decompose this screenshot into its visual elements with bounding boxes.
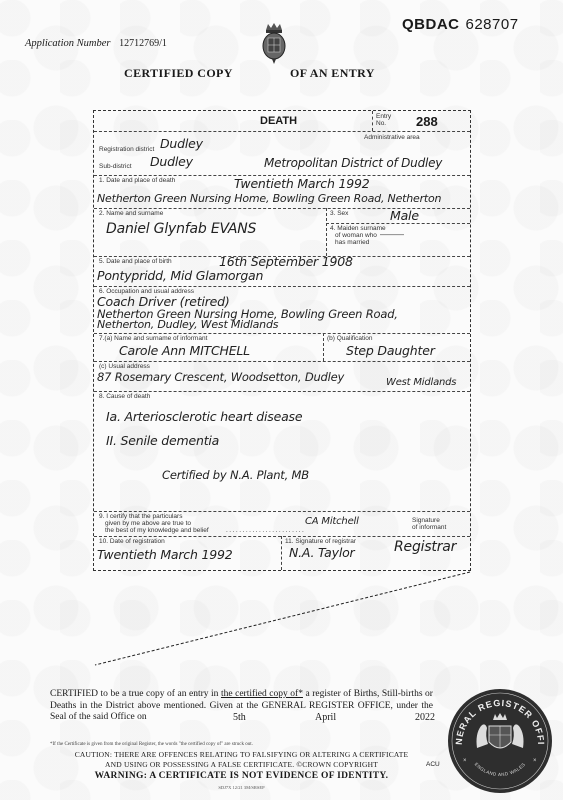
informant-address: 87 Rosemary Crescent, Woodsetton, Dudley xyxy=(97,370,344,384)
divider xyxy=(94,361,470,362)
issue-year: 2022 xyxy=(415,712,435,724)
sex-value: Male xyxy=(390,208,419,223)
issue-month: April xyxy=(315,712,336,724)
application-number-label: Application Number xyxy=(25,38,110,49)
field-9-label-3: the best of my knowledge and belief xyxy=(105,527,209,535)
form-type-death: DEATH xyxy=(260,115,297,127)
certificate-serial-number: QBDAC628707 xyxy=(402,16,519,33)
usual-address-line-2: Netherton, Dudley, West Midlands xyxy=(97,318,278,331)
caution-notice: CAUTION: THERE ARE OFFENCES RELATING TO … xyxy=(50,750,433,770)
field-5-label: 5. Date and place of birth xyxy=(99,258,172,266)
svg-text:×: × xyxy=(533,758,537,764)
maiden-surname-value: ——— xyxy=(380,231,404,239)
issue-day: 5th xyxy=(233,712,246,724)
application-number-value: 12712769/1 xyxy=(119,38,167,49)
signature-label-2: of informant xyxy=(412,524,446,532)
certification-text-a: CERTIFIED to be a true copy of an entry … xyxy=(50,689,221,699)
divider xyxy=(94,131,470,132)
caution-line-1: CAUTION: THERE ARE OFFENCES RELATING TO … xyxy=(50,750,433,760)
registrar-title: Registrar xyxy=(394,539,456,555)
dotted-leader: ........................ xyxy=(226,527,305,535)
certified-by: Certified by N.A. Plant, MB xyxy=(162,468,309,482)
svg-text:×: × xyxy=(463,758,467,764)
date-of-birth: 16th September 1908 xyxy=(219,254,353,269)
title-certified-copy: CERTIFIED COPY xyxy=(124,66,233,81)
field-8-label: 8. Cause of death xyxy=(99,393,150,401)
administrative-area-label: Administrative area xyxy=(364,134,420,142)
field-4-label-3: has married xyxy=(335,239,369,247)
informant-signature: CA Mitchell xyxy=(305,516,359,527)
field-10-label: 10. Date of registration xyxy=(99,538,165,546)
field-3-label: 3. Sex xyxy=(330,210,348,218)
form-code: SDJ7X 12/21 3M/SRSEP xyxy=(50,785,433,790)
title-of-an-entry: OF AN ENTRY xyxy=(290,66,375,81)
field-7b-label: (b) Qualification xyxy=(327,335,373,343)
registrar-signature: N.A. Taylor xyxy=(289,545,355,560)
death-register-entry-form: DEATH Entry No. 288 Administrative area … xyxy=(93,110,471,571)
divider xyxy=(323,333,324,361)
field-1-label: 1. Date and place of death xyxy=(99,177,175,185)
divider xyxy=(326,208,327,256)
entry-number: 288 xyxy=(416,114,438,129)
deceased-name: Daniel Glynfab EVANS xyxy=(106,221,256,237)
date-of-death: Twentieth March 1992 xyxy=(234,176,369,191)
acu-code: ACU xyxy=(426,761,440,768)
divider xyxy=(94,511,470,512)
informant-address-line-2: West Midlands xyxy=(386,377,456,388)
divider xyxy=(94,391,470,392)
field-7a-label: 7.(a) Name and surname of informant xyxy=(99,335,207,343)
field-2-label: 2. Name and surname xyxy=(99,210,163,218)
administrative-area-value: Metropolitan District of Dudley xyxy=(264,156,442,170)
identity-warning: WARNING: A CERTIFICATE IS NOT EVIDENCE O… xyxy=(50,771,433,781)
divider xyxy=(326,223,470,224)
place-of-death: Netherton Green Nursing Home, Bowling Gr… xyxy=(97,192,441,205)
royal-crest-icon xyxy=(260,22,288,66)
sub-district-label: Sub-district xyxy=(99,163,132,171)
cause-of-death-2: II. Senile dementia xyxy=(106,433,219,448)
sub-district-value: Dudley xyxy=(150,154,193,169)
registration-district-label: Registration district xyxy=(99,146,154,154)
cause-of-death-1a: Ia. Arteriosclerotic heart disease xyxy=(106,409,302,424)
date-of-registration: Twentieth March 1992 xyxy=(97,547,232,562)
divider xyxy=(94,536,470,537)
caution-line-2: AND USING OR POSSESSING A FALSE CERTIFIC… xyxy=(50,760,433,770)
serial-prefix: QBDAC xyxy=(402,16,460,33)
place-of-birth: Pontypridd, Mid Glamorgan xyxy=(97,268,263,283)
general-register-office-seal-icon: GENERAL REGISTER OFFICE ENGLAND AND WALE… xyxy=(445,686,555,796)
divider xyxy=(372,111,373,131)
certified-copy-of-phrase: the certified copy of* xyxy=(221,689,303,699)
certification-statement: CERTIFIED to be a true copy of an entry … xyxy=(50,689,433,724)
divider xyxy=(281,536,282,570)
registration-district-value: Dudley xyxy=(160,136,203,151)
divider xyxy=(94,286,470,287)
informant-name: Carole Ann MITCHELL xyxy=(119,343,250,358)
footnote: *If the Certificate is given from the or… xyxy=(50,742,253,747)
entry-no-label-2: No. xyxy=(376,120,386,128)
divider xyxy=(94,333,470,334)
application-number: Application Number 12712769/1 xyxy=(25,38,167,49)
serial-value: 628707 xyxy=(466,16,519,33)
informant-qualification: Step Daughter xyxy=(346,343,435,358)
